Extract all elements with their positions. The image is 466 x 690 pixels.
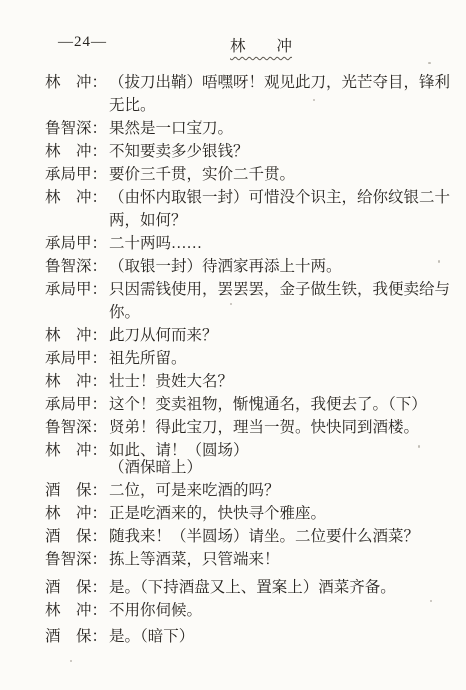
- speaker-name: 鲁智深：: [45, 117, 109, 140]
- dialogue-text: 随我来！（半圆场）请坐。二位要什么酒菜？: [109, 525, 419, 548]
- speaker-spacer: [45, 94, 109, 117]
- script-line: 承局甲：这个！变卖祖物，惭愧通名，我便去了。（下）: [45, 393, 460, 416]
- scan-speck: [438, 260, 440, 263]
- script-line: 林 冲：（由怀内取银一封）可惜没个识主，给你纹银二十: [45, 186, 460, 209]
- dialogue-text: 正是吃酒来的，快快寻个雅座。: [109, 502, 326, 525]
- page-number: —24—: [58, 34, 107, 51]
- speaker-name: 酒 保：: [45, 525, 109, 548]
- script-line: 林 冲：壮士！贵姓大名？: [45, 370, 460, 393]
- dialogue-text: 果然是一口宝刀。: [109, 117, 233, 140]
- dialogue-continuation: 两，如何？: [109, 209, 187, 232]
- script-line: 承局甲：二十两吗……: [45, 232, 460, 255]
- speaker-name: 承局甲：: [45, 163, 109, 186]
- script-line: 林 冲：不用你伺候。: [45, 599, 460, 622]
- speaker-name: 林 冲：: [45, 71, 109, 94]
- speaker-name: 承局甲：: [45, 347, 109, 370]
- script-line: 酒 保：随我来！（半圆场）请坐。二位要什么酒菜？: [45, 525, 460, 548]
- play-title: 林 冲: [230, 34, 292, 56]
- dialogue-text: 要价三千贯，实价二千贯。: [109, 163, 295, 186]
- dialogue-text: 只因需钱使用，罢罢罢，金子做生铁，我便卖给与: [109, 278, 450, 301]
- script-line: 鲁智深：拣上等酒菜，只管端来！: [45, 548, 460, 571]
- script-line: 承局甲：要价三千贯，实价二千贯。: [45, 163, 460, 186]
- speaker-name: 酒 保：: [45, 576, 109, 599]
- speaker-name: 酒 保：: [45, 625, 109, 648]
- dialogue-text: 是。（下持酒盘又上、置案上）酒菜齐备。: [109, 576, 396, 599]
- speaker-name: 林 冲：: [45, 140, 109, 163]
- dialogue-continuation: 无比。: [109, 94, 156, 117]
- script-line: 林 冲：正是吃酒来的，快快寻个雅座。: [45, 502, 460, 525]
- script-line: 无比。: [45, 94, 460, 117]
- dialogue-text: 祖先所留。: [109, 347, 187, 370]
- scanned-script-page: —24— 林 冲 林 冲：（拔刀出鞘）唔嘿呀！观见此刀，光芒夺目，锋利无比。鲁智…: [0, 0, 466, 690]
- dialogue-text: （由怀内取银一封）可惜没个识主，给你纹银二十: [109, 186, 450, 209]
- script-line: 鲁智深：贤弟！得此宝刀，理当一贺。快快同到酒楼。: [45, 416, 460, 439]
- speaker-spacer: [45, 209, 109, 232]
- dialogue-text: 这个！变卖祖物，惭愧通名，我便去了。（下）: [109, 393, 427, 416]
- script-line: 酒 保：是。（暗下）: [45, 625, 460, 648]
- script-line: 酒 保：二位，可是来吃酒的吗？: [45, 479, 460, 502]
- speaker-name: 鲁智深：: [45, 548, 109, 571]
- script-lines: 林 冲：（拔刀出鞘）唔嘿呀！观见此刀，光芒夺目，锋利无比。鲁智深：果然是一口宝刀…: [45, 71, 460, 648]
- speaker-name: 酒 保：: [45, 479, 109, 502]
- speaker-name: 承局甲：: [45, 393, 109, 416]
- dialogue-text: 拣上等酒菜，只管端来！: [109, 548, 280, 571]
- stage-direction: （酒保暗上）: [109, 456, 202, 479]
- speaker-spacer: [45, 456, 109, 479]
- script-line: 你。: [45, 301, 460, 324]
- speaker-name: 林 冲：: [45, 370, 109, 393]
- speaker-name: 鲁智深：: [45, 416, 109, 439]
- speaker-name: 林 冲：: [45, 186, 109, 209]
- script-line: 承局甲：祖先所留。: [45, 347, 460, 370]
- dialogue-text: （取银一封）待洒家再添上十两。: [109, 255, 342, 278]
- script-line: 鲁智深：（取银一封）待洒家再添上十两。: [45, 255, 460, 278]
- speaker-name: 承局甲：: [45, 278, 109, 301]
- dialogue-text: 壮士！贵姓大名？: [109, 370, 233, 393]
- scan-speck: [418, 445, 420, 448]
- dialogue-text: 是。（暗下）: [109, 625, 194, 648]
- dialogue-text: 不用你伺候。: [109, 599, 202, 622]
- dialogue-text: 此刀从何而来？: [109, 324, 218, 347]
- scan-speck: [70, 660, 72, 662]
- script-line: 林 冲：此刀从何而来？: [45, 324, 460, 347]
- dialogue-continuation: 你。: [109, 301, 140, 324]
- script-line: 酒 保：是。（下持酒盘又上、置案上）酒菜齐备。: [45, 576, 460, 599]
- speaker-name: 林 冲：: [45, 502, 109, 525]
- script-line: 鲁智深：果然是一口宝刀。: [45, 117, 460, 140]
- script-line: 两，如何？: [45, 209, 460, 232]
- speaker-name: 鲁智深：: [45, 255, 109, 278]
- dialogue-text: 不知要卖多少银钱？: [109, 140, 249, 163]
- scan-speck: [230, 303, 232, 305]
- scan-speck: [200, 120, 202, 122]
- dialogue-text: （拔刀出鞘）唔嘿呀！观见此刀，光芒夺目，锋利: [109, 71, 450, 94]
- dialogue-text: 二位，可是来吃酒的吗？: [109, 479, 280, 502]
- script-line: 林 冲：（拔刀出鞘）唔嘿呀！观见此刀，光芒夺目，锋利: [45, 71, 460, 94]
- scan-speck: [428, 62, 431, 64]
- speaker-name: 林 冲：: [45, 324, 109, 347]
- page-header: —24— 林 冲: [0, 34, 466, 56]
- dialogue-text: 贤弟！得此宝刀，理当一贺。快快同到酒楼。: [109, 416, 419, 439]
- scan-speck: [430, 600, 432, 602]
- dialogue-text: 二十两吗……: [109, 232, 202, 255]
- speaker-name: 承局甲：: [45, 232, 109, 255]
- scan-speck: [313, 99, 315, 101]
- script-line: （酒保暗上）: [45, 456, 460, 479]
- speaker-spacer: [45, 301, 109, 324]
- speaker-name: 林 冲：: [45, 599, 109, 622]
- script-line: 林 冲：不知要卖多少银钱？: [45, 140, 460, 163]
- script-line: 承局甲：只因需钱使用，罢罢罢，金子做生铁，我便卖给与: [45, 278, 460, 301]
